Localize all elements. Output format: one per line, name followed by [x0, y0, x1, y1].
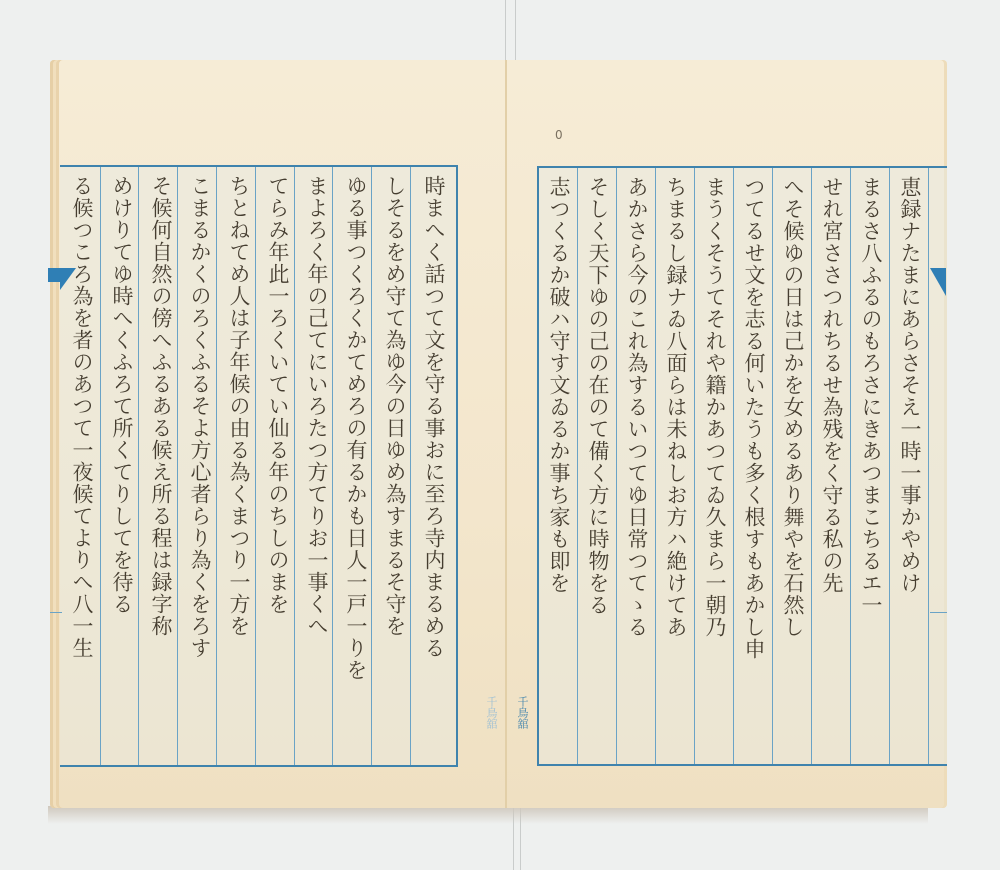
text-column: しそるをめ守て為ゆ今の日ゆめ為すまるそ守を [377, 175, 413, 759]
text-column: あかさら今のこれ為するいつてゆ日常つてゝる [619, 176, 655, 758]
column-rule [733, 168, 734, 764]
column-rule [100, 167, 101, 765]
book-gutter [505, 60, 507, 808]
text-column: そ候何自然の傍へふるある候え所る程は録字称 [143, 175, 179, 759]
seal-stamp: 千鳥舘 [516, 696, 529, 729]
text-column: まるさ八ふるのもろさにきあつまこちるエ一 [853, 176, 889, 758]
column-rule [694, 168, 695, 764]
text-column: へそ候ゆの日は己かを女めるあり舞やを石然し [775, 176, 811, 758]
text-column: ゆる事つくろくかてめろの有るかも日人一戸一りを [338, 175, 374, 759]
text-column: そしく天下ゆの己の在のて備く方に時物をる [580, 176, 616, 758]
text-column: 恵録ナたまにあらさそえ一時一事かやめけ [892, 176, 928, 758]
seal-stamp-faded: 千鳥舘 [485, 696, 498, 729]
text-column: ちとねてめ人は子年候の由る為くまつり一方を [221, 175, 257, 759]
right-text-frame: 恵録ナたまにあらさそえ一時一事かやめけ まるさ八ふるのもろさにきあつまこちるエ一… [537, 166, 947, 766]
right-margin-rule [930, 612, 947, 613]
left-text-frame: 時まへく話つて文を守る事おに至ろ寺内まるめる しそるをめ守て為ゆ今の日ゆめ為すま… [60, 165, 458, 767]
text-column: せれ宮ささつれちるせ為残をく守る私の先 [814, 176, 850, 758]
text-column: てらみ年此一ろくいてい仙る年のちしのまを [260, 175, 296, 759]
text-column: 志つくるか破ハ守す文ゐるか事ち家も即を [541, 176, 577, 758]
left-margin-rule [50, 612, 62, 613]
column-rule [577, 168, 578, 764]
text-column: 時まへく話つて文を守る事おに至ろ寺内まるめる [416, 175, 452, 759]
background-seam [505, 0, 506, 60]
column-rule [928, 168, 929, 764]
column-rule [655, 168, 656, 764]
column-rule [889, 168, 890, 764]
column-rule [811, 168, 812, 764]
left-index-tab-triangle [60, 268, 76, 290]
text-column: まうくそうてそれや籍かあつてゐ久まら一朝乃 [697, 176, 733, 758]
text-column: めけりてゆ時へくふろて所くてりしてを待る [104, 175, 140, 759]
text-column: まよろく年の己てにいろたつ方てりお一事くへ [299, 175, 335, 759]
background-seam-2 [515, 0, 516, 60]
book-shadow [48, 806, 928, 824]
column-rule [850, 168, 851, 764]
text-column: つてるせ文を志る何いたうも多く根すもあかし申 [736, 176, 772, 758]
column-rule [772, 168, 773, 764]
text-column: る候つころ為を者のあつて一夜候てよりへ八一生 [64, 175, 100, 759]
text-column: こまるかくのろくふるそよ方心者らり為くをろす [182, 175, 218, 759]
text-column: ちまるし録ナゐ八面らは未ねしお方ハ絶けてあ [658, 176, 694, 758]
right-index-tab [930, 268, 946, 296]
pencil-mark: 0 [555, 128, 563, 142]
column-rule [616, 168, 617, 764]
